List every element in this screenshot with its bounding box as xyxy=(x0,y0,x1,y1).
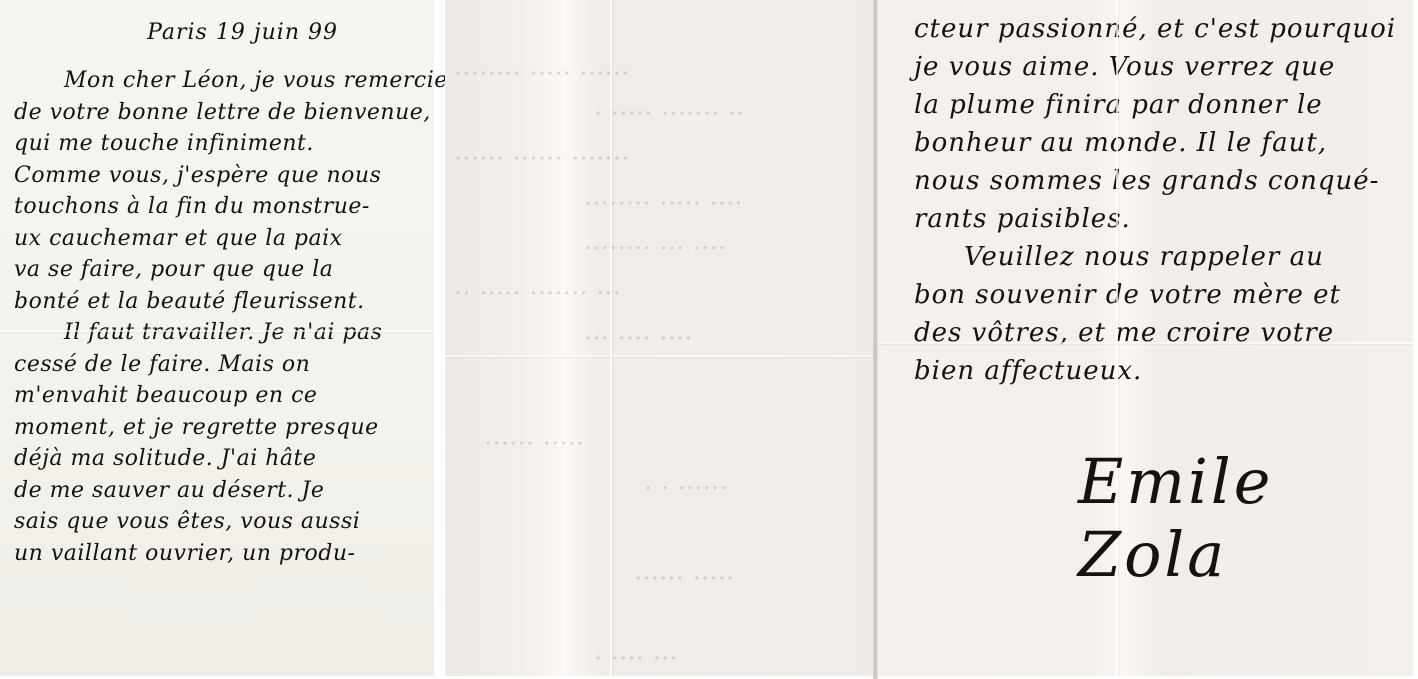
bleed-through-text: ........ ... .... xyxy=(585,230,727,254)
letter-line: bonté et la beauté fleurissent. xyxy=(14,286,422,318)
bleed-through-text: . . ...... xyxy=(645,470,729,494)
signature: Emile Zola xyxy=(1078,445,1413,591)
bleed-through-text: ........ ..... .... xyxy=(585,185,744,209)
letter-line: m'envahit beaucoup en ce xyxy=(14,380,422,412)
letter-line: qui me touche infiniment. xyxy=(14,128,422,160)
letter-line: des vôtres, et me croire votre xyxy=(914,314,1399,352)
letter-line: la plume finira par donner le xyxy=(914,86,1399,124)
letter-page-left: Paris 19 juin 99 Mon cher Léon, je vous … xyxy=(0,0,434,676)
letter-line: moment, et je regrette presque xyxy=(14,412,422,444)
letter-line: cessé de le faire. Mais on xyxy=(14,349,422,381)
paper-fold-crease xyxy=(445,355,873,357)
bleed-through-text: ........ ..... ...... xyxy=(455,55,631,79)
letter-line: nous sommes les grands conqué- xyxy=(914,162,1399,200)
letter-line: Il faut travailler. Je n'ai pas xyxy=(14,317,422,349)
letter-line: un vaillant ouvrier, un produ- xyxy=(14,538,422,570)
letter-line: Comme vous, j'espère que nous xyxy=(14,160,422,192)
bleed-through-text: ...... ..... xyxy=(635,560,735,584)
letter-line: touchons à la fin du monstrue- xyxy=(14,191,422,223)
letter-page-middle: ........ ..... ...... . ..... ....... ..… xyxy=(445,0,873,676)
bleed-through-text: . ..... ....... .. xyxy=(595,95,745,119)
bleed-through-text: ...... ..... xyxy=(485,425,585,449)
letter-date: Paris 19 juin 99 xyxy=(14,20,338,45)
paper-fold-crease xyxy=(0,330,434,332)
letter-page-right: cteur passionné, et c'est pourquoi je vo… xyxy=(878,0,1413,676)
letter-line: ux cauchemar et que la paix xyxy=(14,223,422,255)
bleed-through-text: .. ..... ....... ... xyxy=(455,275,622,299)
letter-line: bon souvenir de votre mère et xyxy=(914,276,1399,314)
letter-line: va se faire, pour que que la xyxy=(14,254,422,286)
letter-line: de votre bonne lettre de bienvenue, xyxy=(14,97,422,129)
bleed-through-text: ... .... .... xyxy=(585,320,694,344)
letter-line: bien affectueux. xyxy=(914,352,1399,390)
bleed-through-text: . .... ... xyxy=(595,640,679,664)
letter-line: de me sauver au désert. Je xyxy=(14,475,422,507)
paper-fold-crease xyxy=(878,342,1413,344)
letter-line: Mon cher Léon, je vous remercie xyxy=(14,65,422,97)
letter-line: sais que vous êtes, vous aussi xyxy=(14,506,422,538)
letter-line: déjà ma solitude. J'ai hâte xyxy=(14,443,422,475)
letter-line: je vous aime. Vous verrez que xyxy=(914,48,1399,86)
letter-line: cteur passionné, et c'est pourquoi xyxy=(914,10,1399,48)
letter-line: rants paisibles. xyxy=(914,200,1399,238)
letter-line: Veuillez nous rappeler au xyxy=(914,238,1399,276)
letter-line: bonheur au monde. Il le faut, xyxy=(914,124,1399,162)
bleed-through-text: ...... ...... ....... xyxy=(455,140,631,164)
